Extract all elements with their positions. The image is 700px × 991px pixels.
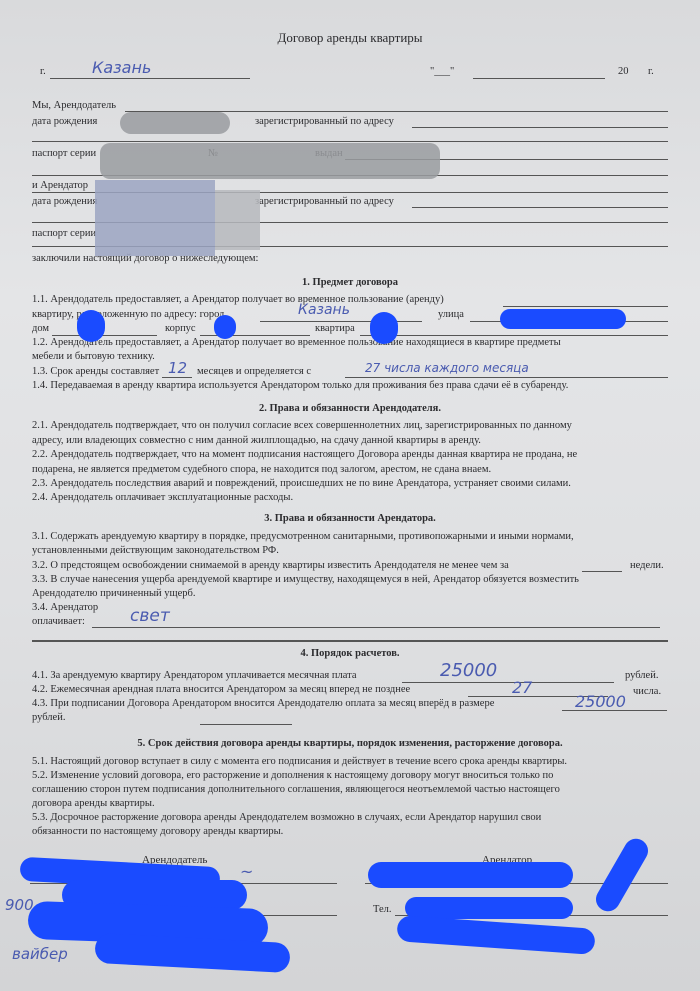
field-line <box>402 682 614 683</box>
clause-5-1: 5.1. Настоящий договор вступает в силу с… <box>32 756 567 768</box>
clause-1-3-cont: месяцев и определяется с <box>197 366 311 378</box>
field-line <box>260 321 422 322</box>
clause-1-1-address: квартиру, расположенную по адресу: город <box>32 309 224 321</box>
field-line <box>32 141 668 142</box>
year-label: 20 <box>618 66 629 78</box>
city-field-handwritten: Казань <box>298 302 350 318</box>
section-4-heading: 4. Порядок расчетов. <box>0 648 700 659</box>
field-line <box>345 377 668 378</box>
field-line <box>360 335 668 336</box>
clause-1-1: 1.1. Арендодатель предоставляет, а Аренд… <box>32 294 444 306</box>
field-line <box>32 640 668 642</box>
date-quotes: "___" <box>430 66 454 78</box>
clause-2-2: 2.2. Арендодатель подтверждает, что на м… <box>32 449 577 461</box>
redaction-blot <box>368 862 573 888</box>
redaction-blot <box>370 312 398 344</box>
redaction-gray <box>215 190 260 250</box>
clause-3-3-cont: Арендодателю причиненный ущерб. <box>32 588 196 600</box>
clause-2-2-cont: подарена, не является предметом судебног… <box>32 464 491 476</box>
document-title: Договор аренды квартиры <box>0 30 700 46</box>
city-handwritten: Казань <box>92 58 151 77</box>
payment-day-handwritten: 27 <box>512 678 532 697</box>
field-line <box>200 724 292 725</box>
section-2-heading: 2. Права и обязанности Арендодателя. <box>0 403 700 414</box>
field-line <box>412 207 668 208</box>
field-line <box>162 377 192 378</box>
clause-5-3: 5.3. Досрочное расторжение договора арен… <box>32 812 541 824</box>
flat-label: квартира <box>315 323 355 335</box>
birth-label: дата рождения <box>32 116 97 128</box>
tenant-pays-handwritten: свет <box>130 606 170 626</box>
clause-3-1-cont: установленными действующим законодательс… <box>32 545 279 557</box>
date-line <box>473 78 605 79</box>
clause-3-1: 3.1. Содержать арендуемую квартиру в пор… <box>32 531 574 543</box>
landlord-signature: ~ <box>240 862 253 881</box>
rent-unit: рублей. <box>625 670 658 682</box>
clause-4-2: 4.2. Ежемесячная арендная плата вносится… <box>32 684 410 696</box>
tel-label: Тел. <box>373 904 392 916</box>
handwritten-note: вайбер <box>12 945 68 963</box>
field-line <box>503 306 668 307</box>
year-suffix: г. <box>648 66 654 78</box>
field-line <box>582 571 622 572</box>
passport-label: паспорт серии <box>32 148 96 160</box>
redaction-gray <box>100 143 440 179</box>
clause-1-4: 1.4. Передаваемая в аренду квартира испо… <box>32 380 568 392</box>
redaction-blot <box>77 310 105 342</box>
clause-3-4: 3.4. Арендатор <box>32 602 98 614</box>
section-1-heading: 1. Предмет договора <box>0 277 700 288</box>
clause-5-3-cont: обязанности по настоящему договору аренд… <box>32 826 283 838</box>
field-line <box>412 127 668 128</box>
passport-label-2: паспорт серии <box>32 228 96 240</box>
contract-page: Договор аренды квартиры г. Казань "___" … <box>0 0 700 991</box>
redaction-blot <box>405 897 573 919</box>
street-label: улица <box>438 309 464 321</box>
section-5-heading: 5. Срок действия договора аренды квартир… <box>0 738 700 749</box>
term-months-handwritten: 12 <box>168 359 187 377</box>
redaction-gray <box>95 180 215 256</box>
section-3-heading: 3. Права и обязанности Арендатора. <box>0 513 700 524</box>
birth-label-2: дата рождения <box>32 196 97 208</box>
house-label: дом <box>32 323 49 335</box>
clause-3-2-unit: недели. <box>630 560 664 572</box>
monthly-rent-handwritten: 25000 <box>440 660 497 681</box>
day-unit: числа. <box>633 686 661 698</box>
clause-1-3: 1.3. Срок аренды составляет <box>32 366 159 378</box>
city-label: г. <box>40 66 46 78</box>
clause-1-2-cont: мебели и бытовую технику. <box>32 351 155 363</box>
prepayment-unit: рублей. <box>32 712 65 724</box>
clause-2-3: 2.3. Арендодатель последствия аварий и п… <box>32 478 571 490</box>
prepayment-handwritten: 25000 <box>575 692 626 711</box>
redaction-gray <box>120 112 230 134</box>
registered-label-2: зарегистрированный по адресу <box>255 196 394 208</box>
clause-5-2-cont: соглашению сторон путем подписания допол… <box>32 784 560 796</box>
clause-3-2: 3.2. О предстоящем освобождении снимаемо… <box>32 560 509 572</box>
redaction-blot <box>396 915 595 955</box>
clause-1-2: 1.2. Арендодатель предоставляет, а Аренд… <box>32 337 561 349</box>
clause-5-2-end: договора аренды квартиры. <box>32 798 155 810</box>
clause-5-2: 5.2. Изменение условий договора, его рас… <box>32 770 553 782</box>
korpus-label: корпус <box>165 323 196 335</box>
landlord-label: Мы, Арендодатель <box>32 100 116 112</box>
clause-4-3: 4.3. При подписании Договора Арендатором… <box>32 698 494 710</box>
clause-2-1-cont: адресу, или владеющих совместно с ним да… <box>32 435 481 447</box>
clause-3-3: 3.3. В случае нанесения ущерба арендуемо… <box>32 574 579 586</box>
city-line <box>50 78 250 79</box>
term-start-handwritten: 27 числа каждого месяца <box>365 361 529 375</box>
clause-4-1: 4.1. За арендуемую квартиру Арендатором … <box>32 670 357 682</box>
redaction-blot <box>214 315 236 339</box>
clause-2-1: 2.1. Арендодатель подтверждает, что он п… <box>32 420 572 432</box>
redaction-blot <box>500 309 626 329</box>
clause-3-4-cont: оплачивает: <box>32 616 85 628</box>
field-line <box>52 335 157 336</box>
redaction-blot <box>592 834 653 915</box>
registered-label: зарегистрированный по адресу <box>255 116 394 128</box>
tenant-label: и Арендатор <box>32 180 88 192</box>
field-line <box>92 627 660 628</box>
clause-2-4: 2.4. Арендодатель оплачивает эксплуатаци… <box>32 492 293 504</box>
